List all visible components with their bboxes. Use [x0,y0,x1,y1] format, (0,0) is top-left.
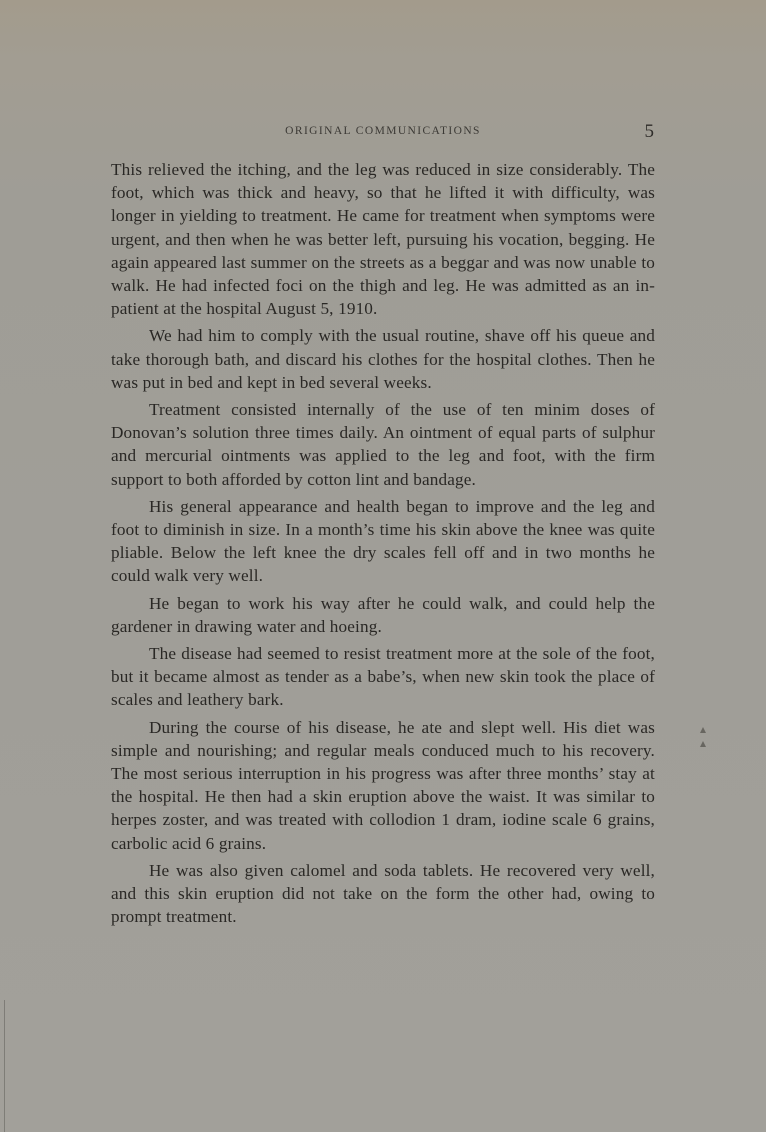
paper-speck-mark [700,741,706,747]
paragraph-3: Treatment consisted internally of the us… [111,398,655,491]
running-title: ORIGINAL COMMUNICATIONS [112,125,654,137]
paragraph-1: This relieved the itching, and the leg w… [111,158,655,320]
paper-speck-mark [700,727,706,733]
paragraph-8: He was also given calomel and soda table… [111,859,655,929]
article-body: This relieved the itching, and the leg w… [111,158,655,933]
page-edge-line [4,1000,5,1132]
paragraph-2: We had him to comply with the usual rout… [111,324,655,394]
paragraph-5: He began to work his way after he could … [111,592,655,638]
running-head: ORIGINAL COMMUNICATIONS 5 [112,124,654,144]
paragraph-4: His general appearance and health began … [111,495,655,588]
paragraph-6: The disease had seemed to resist treatme… [111,642,655,712]
page-number: 5 [645,121,655,143]
paragraph-7: During the course of his disease, he ate… [111,716,655,855]
